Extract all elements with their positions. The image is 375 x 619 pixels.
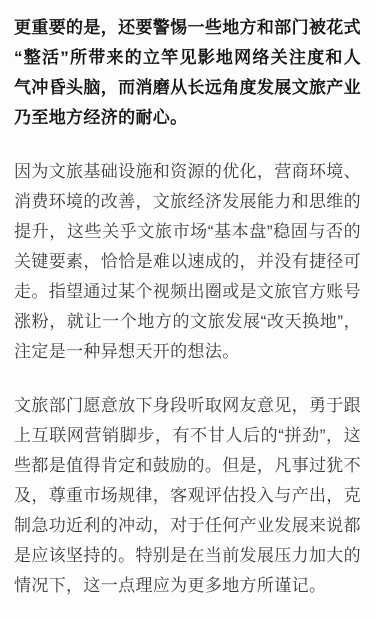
paragraph-emphasis: 更重要的是，还要警惕一些地方和部门被花式“整活”所带来的立竿见影地网络关注度和人… <box>14 13 361 133</box>
paragraph-body-2: 文旅部门愿意放下身段听取网友意见，勇于跟上互联网营销脚步，有不甘人后的“拼劲”，… <box>14 391 361 601</box>
article-body: 更重要的是，还要警惕一些地方和部门被花式“整活”所带来的立竿见影地网络关注度和人… <box>0 0 375 619</box>
paragraph-body-1: 因为文旅基础设施和资源的优化，营商环境、消费环境的改善，文旅经济发展能力和思维的… <box>14 157 361 367</box>
